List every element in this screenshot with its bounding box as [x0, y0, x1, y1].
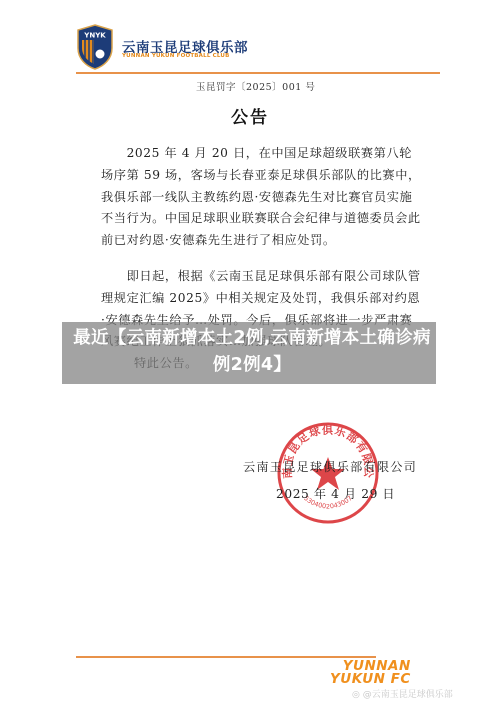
footer-brand-logo: YUNNAN YUKUN FC	[330, 660, 411, 686]
weibo-watermark: ◎ @云南玉昆足球俱乐部	[352, 687, 453, 700]
header-divider	[76, 72, 440, 74]
club-name-en: YUNNAN YUKUN FOOTBALL CLUB	[122, 53, 229, 59]
document-title: 公告	[231, 103, 269, 128]
footer-divider	[76, 656, 376, 658]
signature-date: 2025 年 4 月 29 日	[276, 485, 395, 502]
signature-organization: 云南玉昆足球俱乐部有限公司	[243, 458, 417, 475]
body-paragraph-1: 2025 年 4 月 20 日，在中国足球超级联赛第八轮场序第 59 场，客场与…	[101, 143, 424, 252]
document-number: 玉昆罚字〔2025〕001 号	[196, 79, 315, 93]
watermark-text: @云南玉昆足球俱乐部	[363, 690, 453, 700]
footer-brand-line-2: YUKUN FC	[330, 673, 411, 686]
weibo-icon: ◎	[352, 690, 360, 700]
headline-overlay-text: 最近【云南新增本土2例,云南新增本土确诊病例2例4】	[70, 325, 434, 379]
club-crest-icon: YNYK	[76, 24, 114, 70]
svg-text:YNYK: YNYK	[83, 32, 106, 40]
